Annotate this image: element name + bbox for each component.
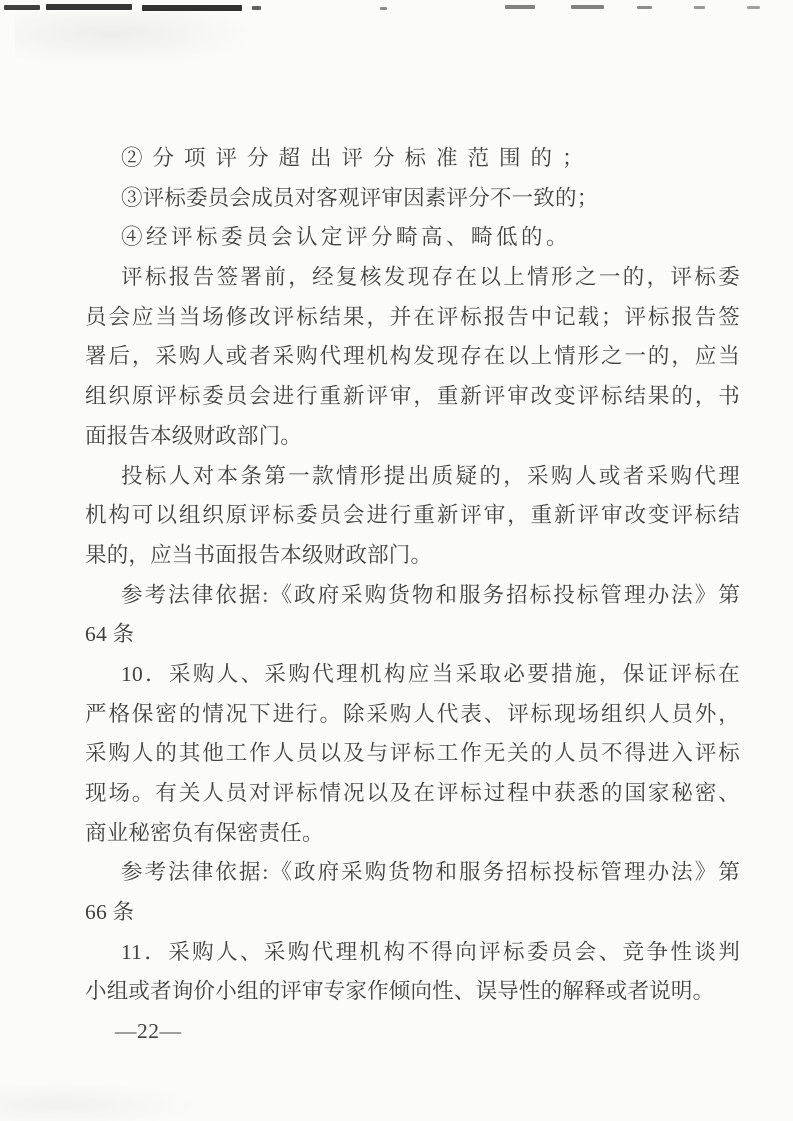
text-line: 投标人对本条第一款情形提出质疑的，采购人或者采购代理 [85, 457, 740, 497]
text-line: 采购人的其他工作人员以及与评标工作无关的人员不得进入评标 [85, 734, 740, 774]
text-line: 面报告本级财政部门。 [85, 417, 740, 457]
text-line: 64 条 [85, 615, 740, 655]
text-line: 参考法律依据:《政府采购货物和服务招标投标管理办法》第 [85, 853, 740, 893]
scan-artifact [747, 6, 760, 9]
scan-artifact [694, 6, 705, 9]
text-line: 10．采购人、采购代理机构应当采取必要措施，保证评标在 [85, 655, 740, 695]
text-line: 果的，应当书面报告本级财政部门。 [85, 536, 740, 576]
scan-artifact [4, 5, 40, 10]
scan-artifact [252, 6, 261, 10]
text-line: 11．采购人、采购代理机构不得向评标委员会、竞争性谈判 [85, 933, 740, 973]
text-line: 署后，采购人或者采购代理机构发现存在以上情形之一的，应当 [85, 337, 740, 377]
text-line: 商业秘密负有保密责任。 [85, 814, 740, 854]
text-line: 评标报告签署前，经复核发现存在以上情形之一的，评标委 [85, 258, 740, 298]
page-number: —22— [85, 1012, 740, 1052]
scan-artifact [637, 6, 652, 9]
text-line: ④经评标委员会认定评分畸高、畸低的。 [85, 218, 740, 258]
document-page: ②分项评分超出评分标准范围的； ③评标委员会成员对客观评审因素评分不一致的； ④… [0, 0, 793, 1121]
text-line: 组织原评标委员会进行重新评审，重新评审改变评标结果的，书 [85, 377, 740, 417]
scan-artifact [505, 5, 535, 9]
text-line: 员会应当当场修改评标结果，并在评标报告中记载；评标报告签 [85, 298, 740, 338]
scan-artifact [571, 5, 604, 9]
text-line: 小组或者询价小组的评审专家作倾向性、误导性的解释或者说明。 [85, 972, 740, 1012]
text-line: 严格保密的情况下进行。除采购人代表、评标现场组织人员外， [85, 695, 740, 735]
scan-smudge [15, 12, 255, 67]
scan-smudge [0, 1082, 200, 1121]
scan-artifact [142, 5, 242, 11]
scan-artifact [46, 4, 132, 10]
text-line: ②分项评分超出评分标准范围的； [85, 139, 740, 179]
text-line: 66 条 [85, 893, 740, 933]
document-text-block: ②分项评分超出评分标准范围的； ③评标委员会成员对客观评审因素评分不一致的； ④… [85, 139, 740, 1052]
scan-artifact [380, 7, 387, 10]
text-line: 参考法律依据:《政府采购货物和服务招标投标管理办法》第 [85, 576, 740, 616]
text-line: ③评标委员会成员对客观评审因素评分不一致的； [85, 179, 740, 219]
text-line: 现场。有关人员对评标情况以及在评标过程中获悉的国家秘密、 [85, 774, 740, 814]
text-line: 机构可以组织原评标委员会进行重新评审，重新评审改变评标结 [85, 496, 740, 536]
